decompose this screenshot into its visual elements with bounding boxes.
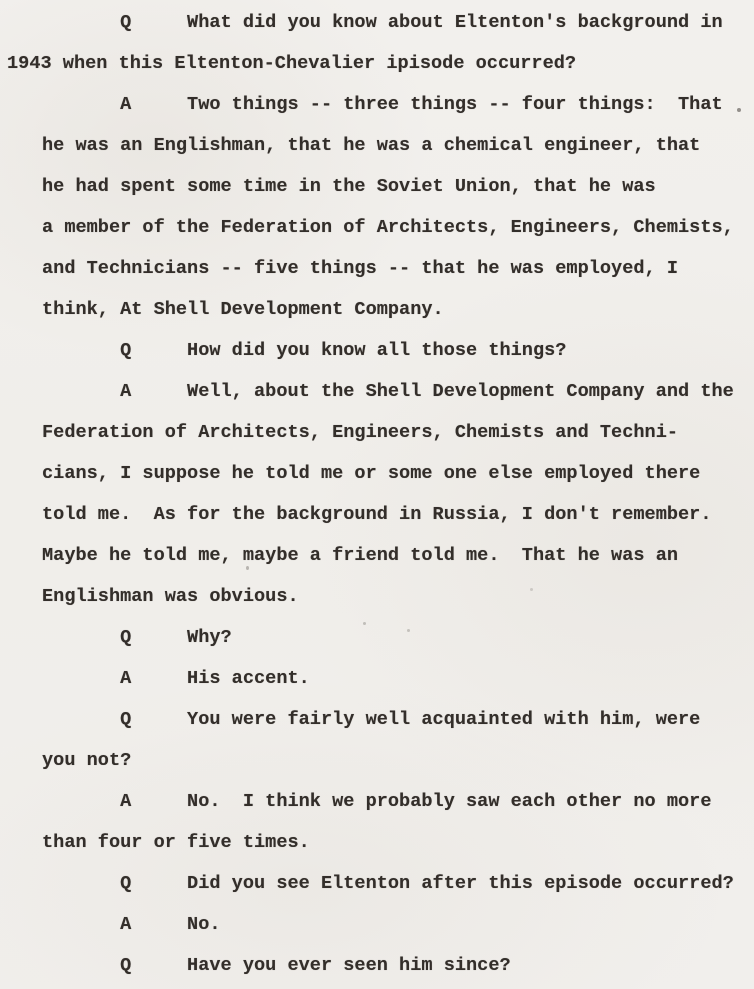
scan-speck <box>407 629 410 632</box>
transcript-line: 1943 when this Eltenton-Chevalier ipisod… <box>7 43 754 84</box>
transcript-line: Federation of Architects, Engineers, Che… <box>42 412 754 453</box>
scan-speck <box>530 588 533 591</box>
transcript-line: he was an Englishman, that he was a chem… <box>42 125 754 166</box>
document-page: Q What did you know about Eltenton's bac… <box>0 0 754 989</box>
transcript-line: Q Did you see Eltenton after this episod… <box>42 863 754 904</box>
transcript-line: think, At Shell Development Company. <box>42 289 754 330</box>
transcript-line: told me. As for the background in Russia… <box>42 494 754 535</box>
scan-speck <box>363 622 366 625</box>
transcript-line: Q How did you know all those things? <box>42 330 754 371</box>
transcript-line: a member of the Federation of Architects… <box>42 207 754 248</box>
transcript-line: Q Why? <box>42 617 754 658</box>
scan-speck <box>246 566 249 570</box>
transcript-line: A No. I think we probably saw each other… <box>42 781 754 822</box>
transcript-line: A No. <box>42 904 754 945</box>
transcript-line: Q Have you ever seen him since? <box>42 945 754 986</box>
transcript-line: A Two things -- three things -- four thi… <box>42 84 754 125</box>
transcript-line: Q What did you know about Eltenton's bac… <box>42 2 754 43</box>
transcript-line: than four or five times. <box>42 822 754 863</box>
transcript-line: and Technicians -- five things -- that h… <box>42 248 754 289</box>
transcript-line: Maybe he told me, maybe a friend told me… <box>42 535 754 576</box>
transcript-line: Q You were fairly well acquainted with h… <box>42 699 754 740</box>
transcript-line: you not? <box>42 740 754 781</box>
transcript-line: cians, I suppose he told me or some one … <box>42 453 754 494</box>
transcript-line: Englishman was obvious. <box>42 576 754 617</box>
transcript-line: A Well, about the Shell Development Comp… <box>42 371 754 412</box>
transcript-line: he had spent some time in the Soviet Uni… <box>42 166 754 207</box>
transcript-line: A His accent. <box>42 658 754 699</box>
scan-speck <box>737 108 741 112</box>
transcript-text-block: Q What did you know about Eltenton's bac… <box>0 2 754 986</box>
